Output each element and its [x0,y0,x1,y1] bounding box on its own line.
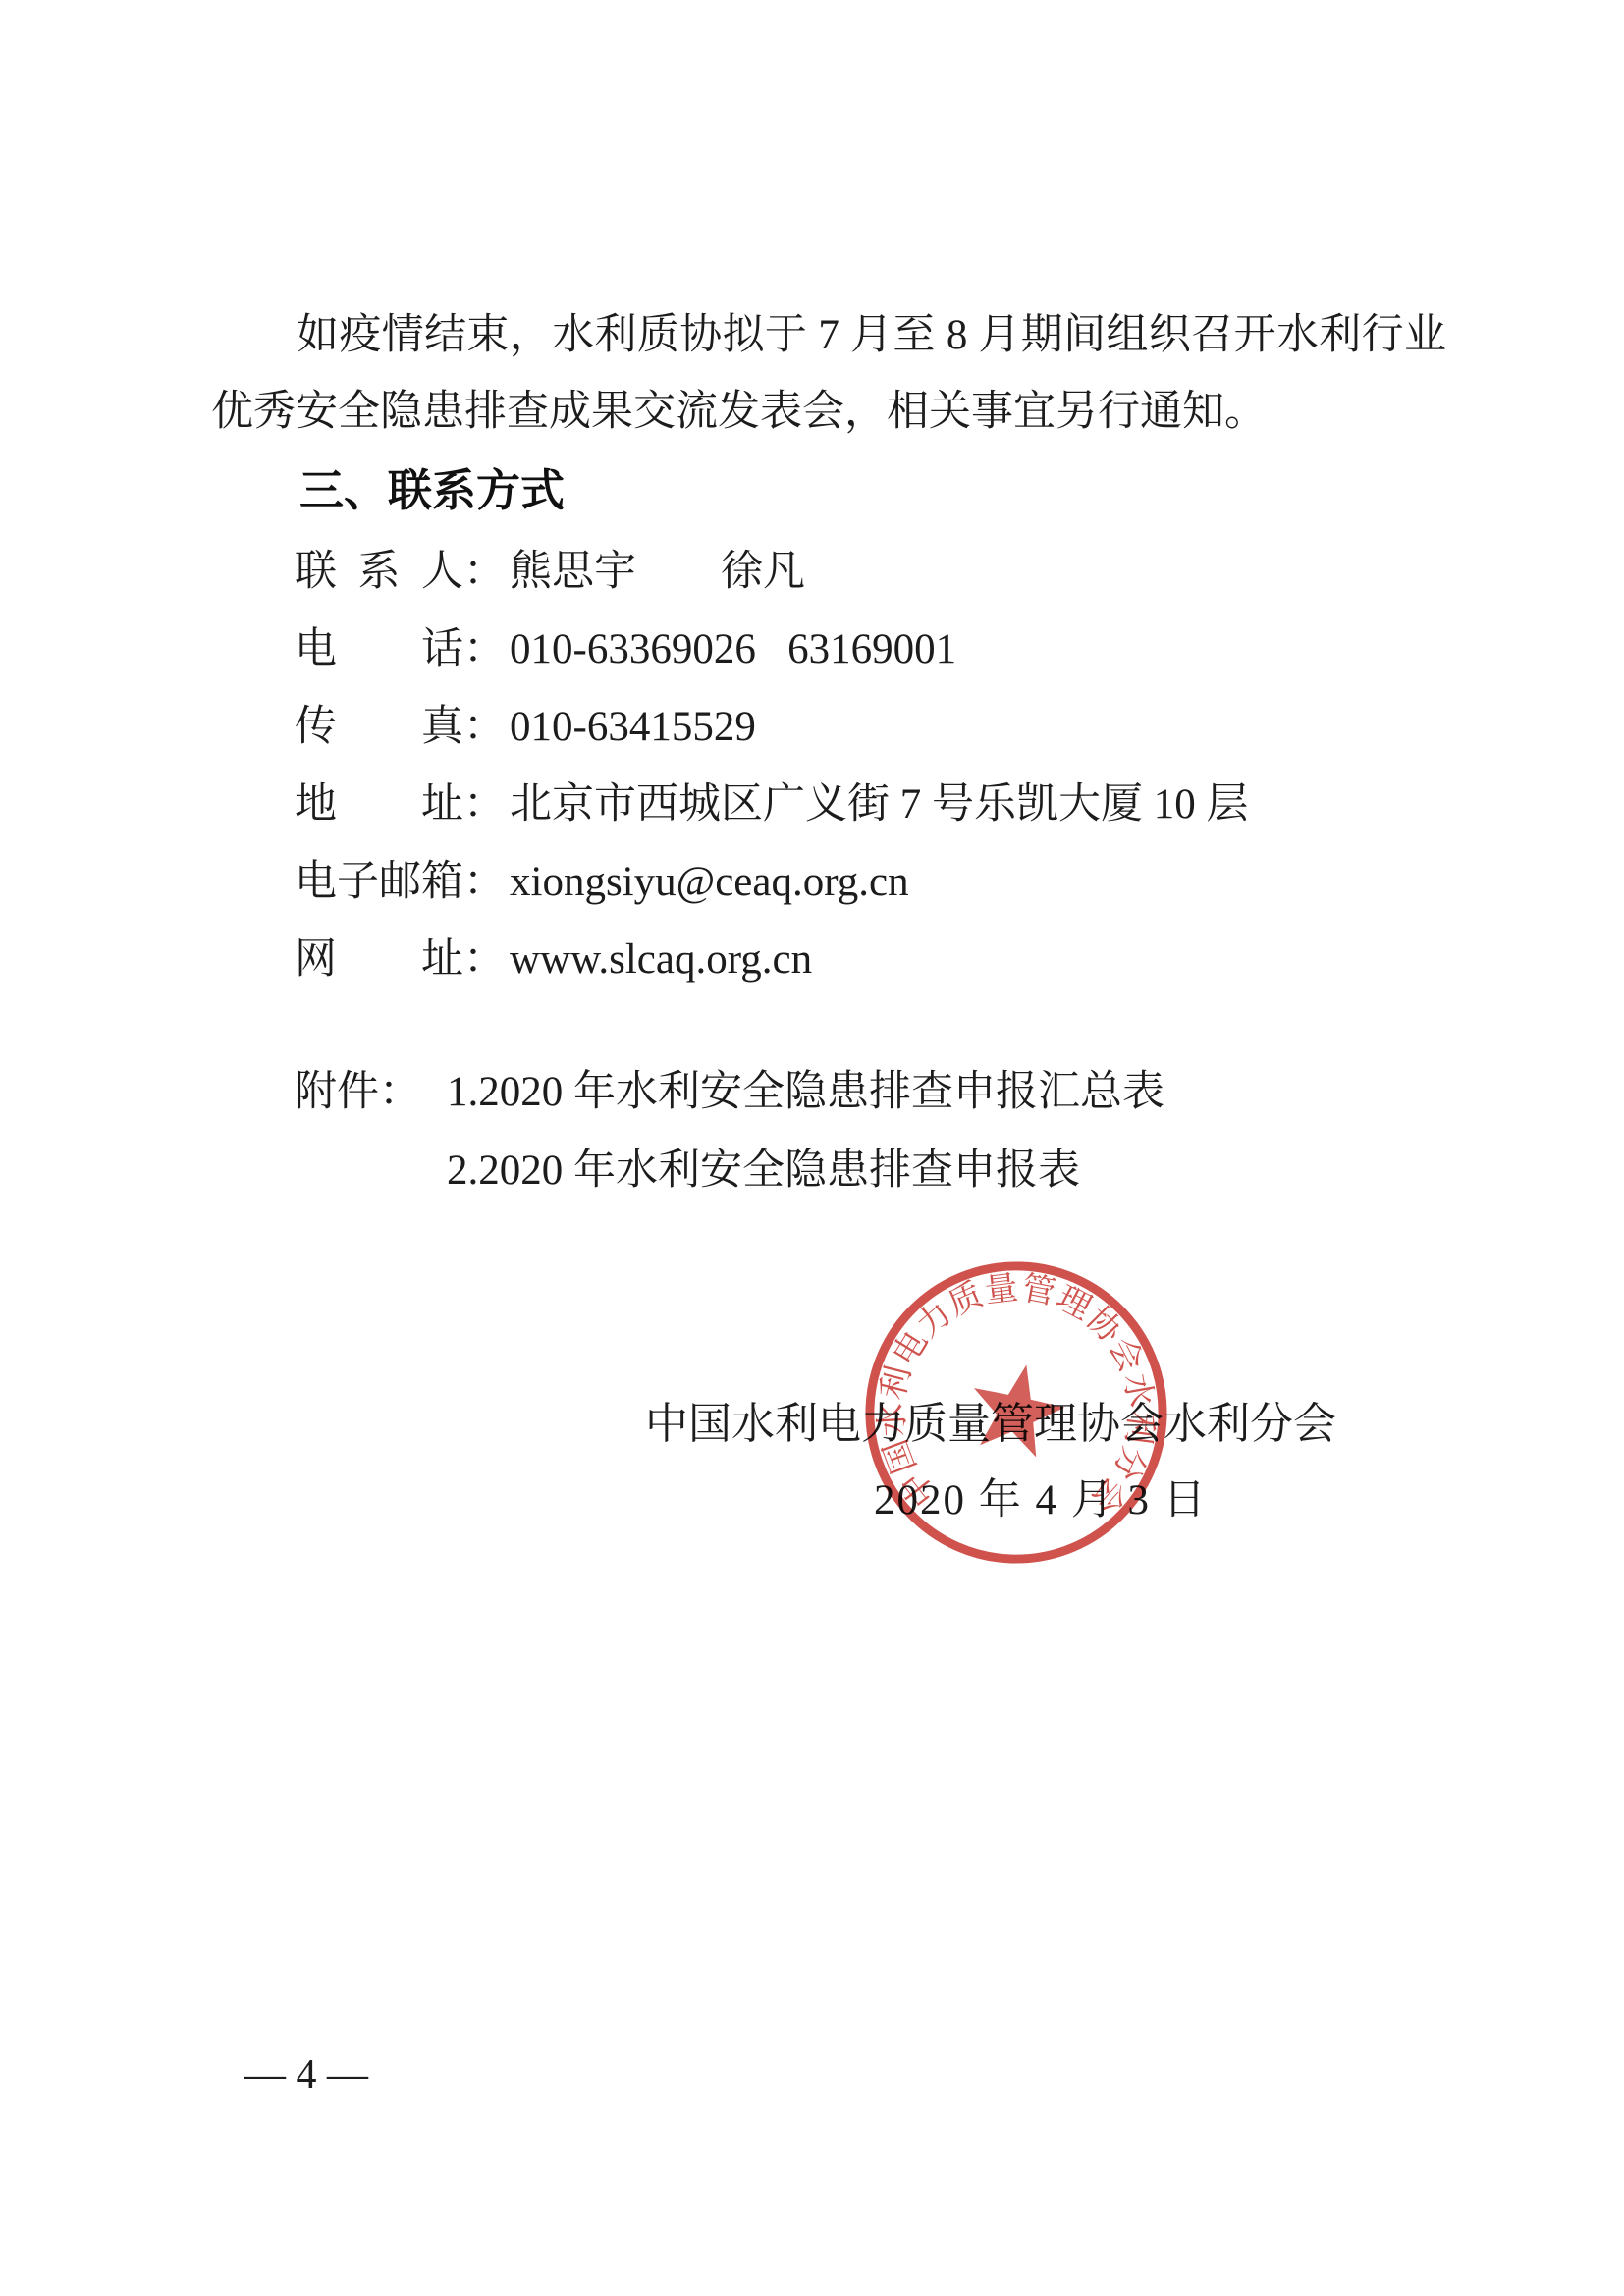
page-number: — 4 — [244,2053,368,2098]
contact-colon: ： [463,921,506,998]
contact-row-address: 地址：北京市西城区广义街 7 号乐凯大厦 10 层 [295,766,1249,843]
attachment-item: 1.2020 年水利安全隐患排查申报汇总表 [447,1053,1164,1132]
contact-colon: ： [463,766,506,843]
contact-value: 010-63415529 [510,704,756,750]
contact-colon: ： [463,611,506,688]
attachment-item: 2.2020 年水利安全隐患排查申报表 [447,1132,1164,1210]
contact-value: 北京市西城区广义街 7 号乐凯大厦 10 层 [510,781,1249,828]
contact-row-person: 联系人：熊思宇 徐凡 [295,533,1249,611]
attachments-list: 1.2020 年水利安全隐患排查申报汇总表 2.2020 年水利安全隐患排查申报… [447,1053,1164,1210]
contact-value: www.slcaq.org.cn [510,936,812,983]
attachments-block: 附件： 1.2020 年水利安全隐患排查申报汇总表 2.2020 年水利安全隐患… [295,1053,1164,1210]
body-paragraph: 如疫情结束，水利质协拟于 7 月至 8 月期间组织召开水利行业优秀安全隐患排查成… [211,297,1446,451]
contact-label: 网址 [295,921,463,998]
section-heading: 三、联系方式 [299,459,565,522]
contact-value: xiongsiyu@ceaq.org.cn [510,859,909,905]
contact-row-fax: 传真：010-63415529 [295,688,1249,766]
contact-value: 熊思宇 徐凡 [510,549,805,595]
contact-value: 010-63369026 63169001 [510,626,956,672]
attachments-label: 附件： [295,1053,421,1132]
contact-label: 地址 [295,766,463,843]
contact-list: 联系人：熊思宇 徐凡 电话：010-63369026 63169001 传真：0… [295,533,1249,998]
document-page: 如疫情结束，水利质协拟于 7 月至 8 月期间组织召开水利行业优秀安全隐患排查成… [0,0,1624,2296]
contact-colon: ： [463,843,506,921]
contact-colon: ： [463,533,506,611]
contact-colon: ： [463,688,506,766]
seal-star-icon [972,1363,1066,1459]
contact-row-website: 网址：www.slcaq.org.cn [295,921,1249,998]
contact-row-phone: 电话：010-63369026 63169001 [295,611,1249,688]
official-seal: 中国水利电力质量管理协会水利分会 [855,1252,1178,1575]
contact-row-email: 电子邮箱：xiongsiyu@ceaq.org.cn [295,843,1249,921]
contact-label: 电话 [295,611,463,688]
contact-label: 电子邮箱 [295,843,463,921]
contact-label: 联系人 [295,533,463,611]
contact-label: 传真 [295,688,463,766]
